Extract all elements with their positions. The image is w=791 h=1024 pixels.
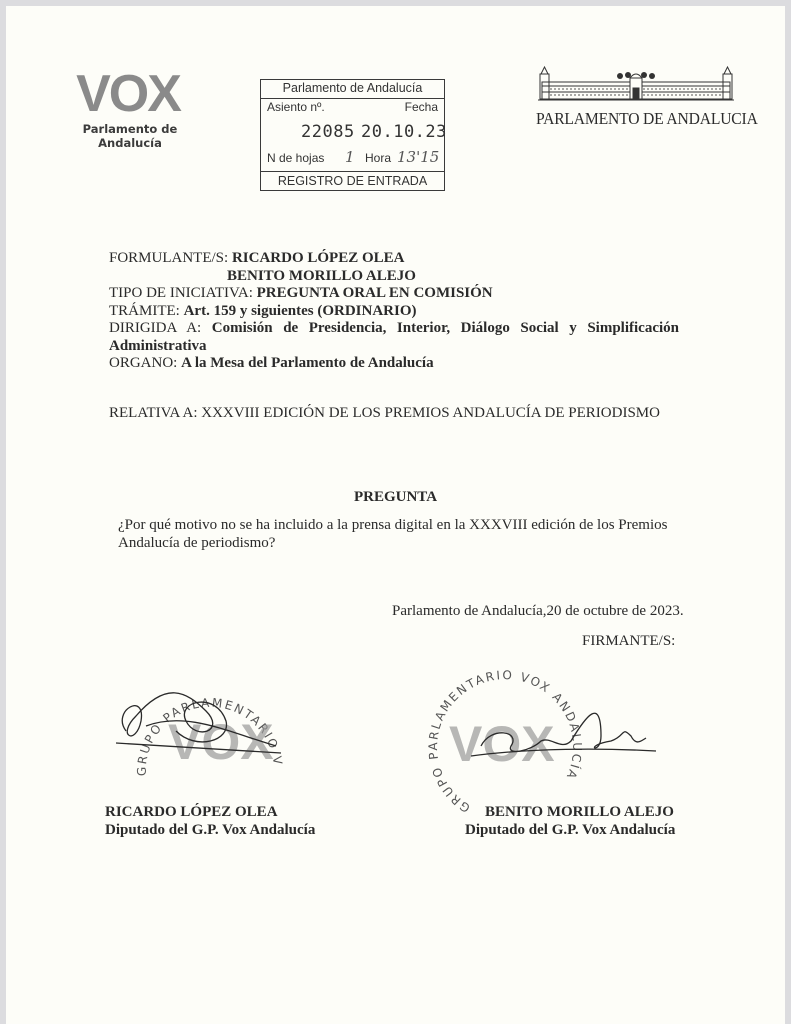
tipo-value: PREGUNTA ORAL EN COMISIÓN: [257, 285, 493, 301]
fecha-label: Fecha: [405, 100, 438, 114]
organo-label: ORGANO:: [109, 355, 177, 371]
asiento-label: Asiento nº.: [267, 100, 325, 114]
tipo-label: TIPO DE INICIATIVA:: [109, 285, 253, 301]
parliament-logo: PARLAMENTO DE ANDALUCIA: [536, 64, 741, 129]
tramite-value: Art. 159 y siguientes (ORDINARIO): [184, 303, 417, 319]
hora-label: Hora: [365, 151, 391, 165]
document-page: VOX Parlamento de Andalucía Parlamento d…: [6, 6, 785, 1024]
signatory-2: BENITO MORILLO ALEJO Diputado del G.P. V…: [465, 803, 675, 839]
formulantes-label: FORMULANTE/S:: [109, 250, 228, 266]
dirigida-value-cont: Administrativa: [109, 338, 679, 356]
registry-stamp: Parlamento de Andalucía Asiento nº. Fech…: [260, 79, 445, 191]
tipo-row: TIPO DE INICIATIVA: PREGUNTA ORAL EN COM…: [109, 285, 679, 303]
group-seal-stamp-2: GRUPO PARLAMENTARIO VOX ANDALUCÍA VOX: [411, 656, 681, 816]
signatory-2-name: BENITO MORILLO ALEJO: [465, 803, 675, 821]
stamp-title: Parlamento de Andalucía: [261, 81, 444, 99]
stamp-footer: REGISTRO DE ENTRADA: [261, 171, 444, 190]
firmantes-label: FIRMANTE/S:: [582, 633, 675, 650]
hojas-value: 1: [345, 148, 355, 166]
signature-scribble-2: [471, 713, 656, 756]
pregunta-heading: PREGUNTA: [6, 489, 785, 506]
pregunta-text: ¿Por qué motivo no se ha incluido a la p…: [118, 517, 688, 552]
fecha-value: 20.10.23: [361, 122, 447, 142]
signatory-1-name: RICARDO LÓPEZ OLEA: [105, 803, 315, 821]
tramite-row: TRÁMITE: Art. 159 y siguientes (ORDINARI…: [109, 303, 679, 321]
formulante-1: RICARDO LÓPEZ OLEA: [232, 250, 405, 266]
tramite-label: TRÁMITE:: [109, 303, 180, 319]
signatory-1-role: Diputado del G.P. Vox Andalucía: [105, 821, 315, 839]
signature-scribble-1: [116, 693, 281, 753]
hojas-label: N de hojas: [267, 151, 324, 165]
organo-row: ORGANO: A la Mesa del Parlamento de Anda…: [109, 355, 679, 373]
formulantes-row: FORMULANTE/S: RICARDO LÓPEZ OLEA: [109, 250, 679, 268]
dirigida-label: DIRIGIDA A:: [109, 320, 201, 336]
formulantes-row-2: BENITO MORILLO ALEJO: [109, 268, 679, 286]
group-seal-stamp-1: GRUPO PARLAMENTARIO VOX ANDALUCÍA VOX: [106, 651, 296, 811]
vox-logo-word: VOX: [70, 70, 186, 118]
vox-logo-subtitle: Parlamento de Andalucía: [70, 122, 190, 150]
dirigida-row: DIRIGIDA A: Comisión de Presidencia, Int…: [109, 320, 679, 338]
relativa-line: RELATIVA A: XXXVIII EDICIÓN DE LOS PREMI…: [109, 405, 660, 422]
formulante-2: BENITO MORILLO ALEJO: [227, 268, 416, 284]
signatory-1: RICARDO LÓPEZ OLEA Diputado del G.P. Vox…: [105, 803, 315, 839]
pregunta-line-2: Andalucía de periodismo?: [118, 535, 688, 553]
hora-value: 13'15: [397, 148, 439, 166]
parliament-building-icon: [536, 64, 736, 104]
svg-text:VOX: VOX: [449, 716, 555, 772]
place-date: Parlamento de Andalucía,20 de octubre de…: [392, 603, 684, 620]
pregunta-line-1: ¿Por qué motivo no se ha incluido a la p…: [118, 517, 688, 535]
vox-subtitle-line1: Parlamento de: [70, 122, 190, 136]
vox-logo: VOX Parlamento de Andalucía: [70, 70, 190, 150]
organo-value: A la Mesa del Parlamento de Andalucía: [181, 355, 434, 371]
dirigida-value: Comisión de Presidencia, Interior, Diálo…: [212, 320, 679, 336]
parliament-logo-text: PARLAMENTO DE ANDALUCIA: [536, 109, 725, 129]
svg-text:GRUPO PARLAMENTARIO VOX ANDALU: GRUPO PARLAMENTARIO VOX ANDALUCÍA: [426, 668, 584, 815]
vox-subtitle-line2: Andalucía: [70, 136, 190, 150]
asiento-number: 22085: [301, 122, 355, 142]
signatory-2-role: Diputado del G.P. Vox Andalucía: [465, 821, 675, 839]
svg-text:GRUPO PARLAMENTARIO VOX ANDALU: GRUPO PARLAMENTARIO VOX ANDALUCÍA: [106, 651, 285, 776]
svg-text:VOX: VOX: [168, 714, 274, 770]
initiative-metadata: FORMULANTE/S: RICARDO LÓPEZ OLEA BENITO …: [109, 250, 679, 373]
